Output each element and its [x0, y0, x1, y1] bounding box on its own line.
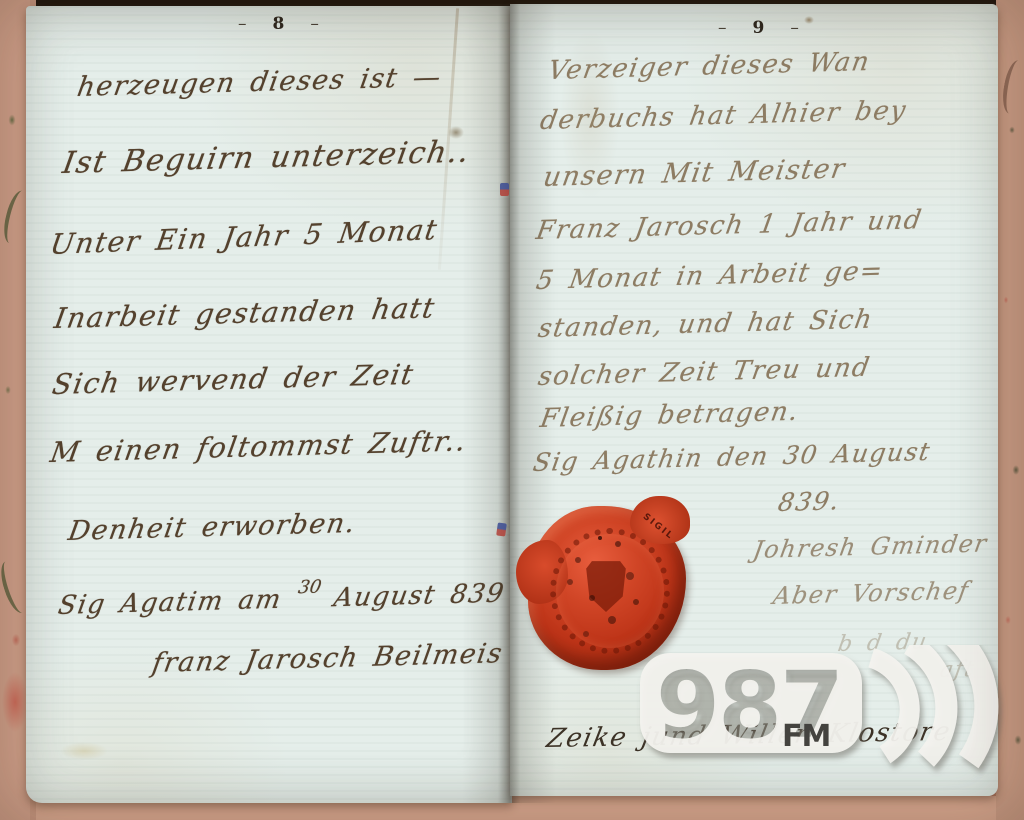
handwritten-year-line: 839. [776, 486, 842, 517]
page-number: 8 [273, 14, 285, 34]
paper-stain [60, 742, 108, 760]
header-dash: – [238, 14, 247, 34]
seal-texture-specks [598, 536, 602, 540]
radio-station-watermark: 987 987 FM [630, 645, 1010, 789]
handwritten-line: Inarbeit gestanden hatt [52, 291, 438, 335]
book-gutter-shadow [462, 4, 556, 803]
watermark-987fm-logo: 987 987 FM [630, 645, 1010, 785]
handwritten-line: Ist Beguirn unterzeich.. [60, 134, 473, 181]
handwritten-line: Fleißig betragen. [538, 397, 802, 434]
header-dash: – [718, 18, 727, 38]
seal-rim-text: SIGIL [640, 512, 675, 542]
ink-stain [804, 16, 814, 24]
faded-signature: Johresh Gminder [751, 529, 990, 564]
handwritten-line: 5 Monat in Arbeit ge= [534, 256, 886, 296]
date-superscript-day: 30 [297, 577, 323, 599]
handwritten-line: Franz Jarosch 1 Jahr und [534, 205, 925, 246]
handwritten-signature-line: franz Jarosch Beilmeis [150, 638, 505, 679]
page-number-header: – 9 – [718, 18, 799, 38]
handwritten-line: standen, und hat Sich [536, 305, 876, 344]
watermark-fm-label: FM [782, 719, 830, 754]
handwritten-line: Denheit erworben. [66, 508, 358, 547]
header-dash: – [310, 14, 319, 34]
handwritten-line: herzeugen dieses ist — [75, 62, 444, 103]
wanderbuch-photo: – 8 – herzeugen dieses ist — Ist Beguirn… [0, 0, 1024, 820]
binding-stitch-thread [496, 522, 507, 536]
handwritten-date-line: Sig Agatim am 30 August 839 [56, 571, 508, 621]
handwritten-line: solcher Zeit Treu und [536, 353, 873, 392]
header-dash: – [790, 18, 799, 38]
page-number: 9 [753, 18, 765, 38]
handwritten-line: Unter Ein Jahr 5 Monat [48, 213, 440, 261]
handwritten-date-line: Sig Agathin den 30 August [531, 437, 933, 477]
binding-stitch-thread [500, 183, 509, 196]
page-number-header: – 8 – [238, 14, 319, 34]
cover-red-stain [2, 672, 28, 732]
paper-stain [560, 30, 620, 200]
faded-signature: Aber Vorschef [771, 576, 971, 610]
left-page: – 8 – herzeugen dieses ist — Ist Beguirn… [26, 6, 512, 803]
handwritten-line: M einen foltommst Zuftr.. [48, 424, 470, 469]
ink-stain [448, 126, 464, 139]
date-pre: Sig Agatim am [56, 585, 284, 621]
handwritten-line: Sich wervend der Zeit [50, 358, 417, 401]
